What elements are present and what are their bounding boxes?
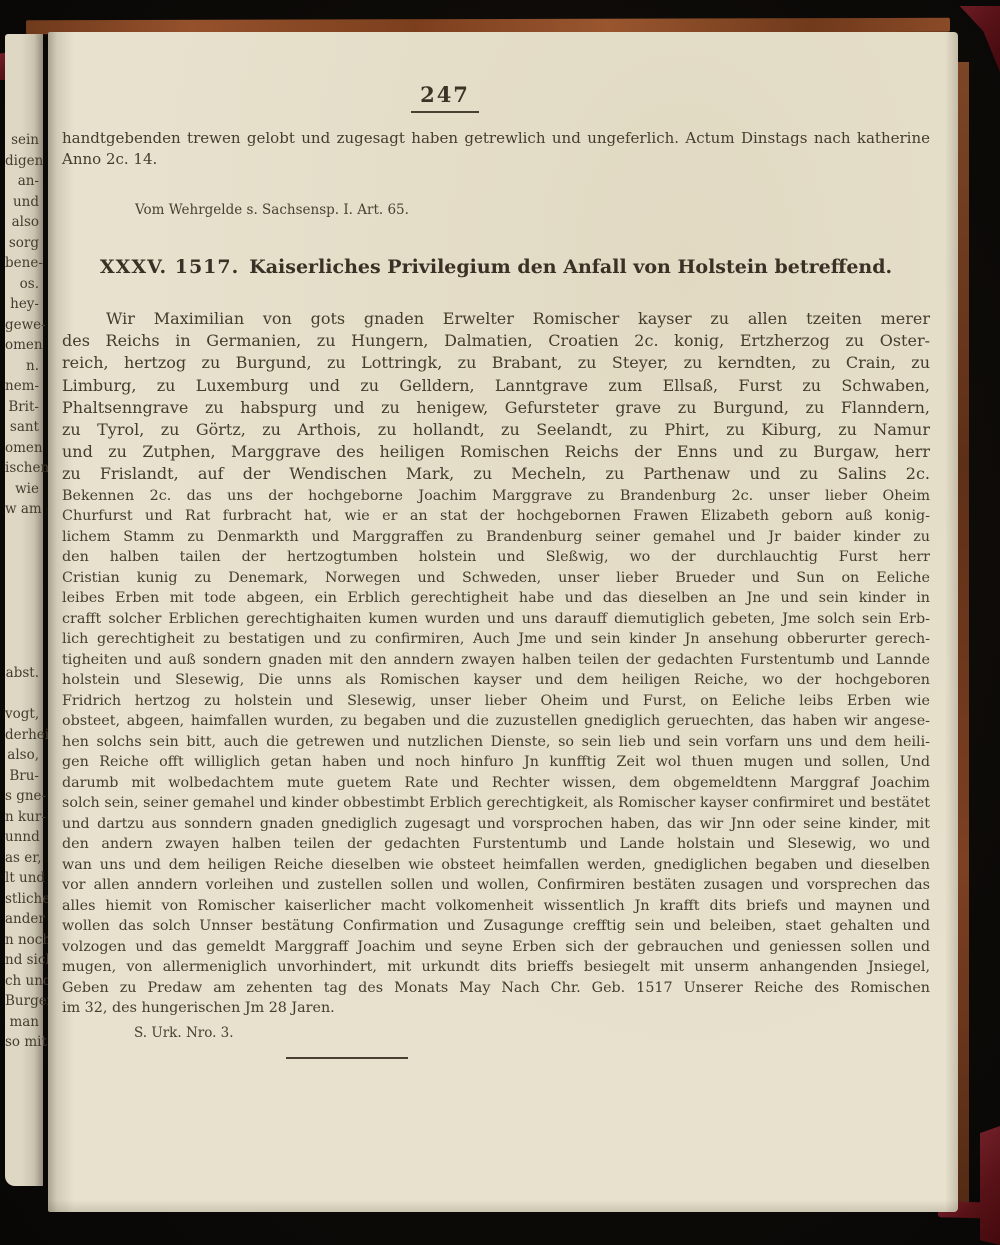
body-line: den andern zwayen halben teilen der geda… (62, 834, 930, 855)
left-page-fragment (5, 581, 43, 602)
continuation-line: handtgebenden trewen gelobt und zugesagt… (62, 128, 930, 149)
body-line: vor allen anndern vorleihen und zustelle… (62, 875, 930, 896)
scanned-page: 247 handtgebenden trewen gelobt und zuge… (48, 32, 958, 1212)
body-line: zu Tyrol, zu Görtz, zu Arthois, zu holla… (62, 419, 930, 441)
left-page-fragment (5, 561, 43, 582)
left-page-fragment: omen (5, 438, 43, 459)
left-page-fragment: hey- (5, 294, 43, 315)
body-line: Limburg, zu Luxemburg und zu Gelldern, L… (62, 375, 930, 397)
body-line: alles hiemit von Romischer kaiserlicher … (62, 896, 930, 917)
left-page-fragment: bene- (5, 253, 43, 274)
body-line: Phaltsenngrave zu habspurg und zu henige… (62, 397, 930, 419)
continuation-line: Anno 2c. 14. (62, 149, 930, 170)
body-line: Wir Maximilian von gots gnaden Erwelter … (62, 308, 930, 330)
left-page-fragment: w am (5, 499, 43, 520)
body-line: holstein und Slesewig, Die unns als Romi… (62, 670, 930, 691)
left-page-fragment: stlichen (5, 889, 43, 910)
body-intro-lines: Wir Maximilian von gots gnaden Erwelter … (62, 308, 930, 486)
body-line: im 32, des hungerischen Jm 28 Jaren. (62, 998, 930, 1019)
left-page-fragment: derheit (5, 725, 43, 746)
left-page-fragment: sorg (5, 233, 43, 254)
facing-page-fragments: seindigenan-undalsosorgbene-os.hey-gewe-… (5, 34, 43, 1053)
reference-note: Vom Wehrgelde s. Sachsensp. I. Art. 65. (135, 202, 409, 218)
left-page-fragment: sein (5, 130, 43, 151)
left-page-fragment: nem- (5, 376, 43, 397)
end-separator-rule (286, 1057, 408, 1059)
left-page-fragment: gewe- (5, 315, 43, 336)
left-page-fragment (5, 622, 43, 643)
body-line: Bekennen 2c. das uns der hochgeborne Joa… (62, 486, 930, 507)
body-line: volzogen und das gemeldt Marggraff Joach… (62, 937, 930, 958)
body-line: lich gerechtigheit zu bestatigen und zu … (62, 629, 930, 650)
photographed-book-scan: { "colors":{ "backdrop":"#0c0a07", "pape… (0, 0, 1000, 1245)
body-line: leibes Erben mit tode abgeen, ein Erblic… (62, 588, 930, 609)
section-heading: XXXV. 1517.Kaiserliches Privilegium den … (62, 256, 930, 278)
body-line: Geben zu Predaw am zehenten tag des Mona… (62, 978, 930, 999)
left-page-fragment: unnd (5, 827, 43, 848)
left-page-fragment: Brit- (5, 397, 43, 418)
page-number-block: 247 (400, 82, 490, 113)
body-line: wan uns und dem heiligen Reiche dieselbe… (62, 855, 930, 876)
left-page-fragment: os. (5, 274, 43, 295)
left-page-fragment: so mit (5, 1032, 43, 1053)
left-page-fragment: wie (5, 479, 43, 500)
left-page-fragment: also (5, 212, 43, 233)
heading-title: Kaiserliches Privilegium den Anfall von … (249, 256, 892, 278)
left-page-fragment: digen (5, 151, 43, 172)
body-line: obsteet, abgeen, haimfallen wurden, zu b… (62, 711, 930, 732)
left-page-fragment: n noch (5, 930, 43, 951)
source-note: S. Urk. Nro. 3. (134, 1025, 930, 1041)
left-page-fragment (5, 602, 43, 623)
body-line: crafft solcher Erblichen gerechtighaiten… (62, 609, 930, 630)
left-page-fragment: an- (5, 171, 43, 192)
left-page-fragment: ch und (5, 971, 43, 992)
page-number-underline (411, 111, 479, 113)
leather-corner-bottom-right (980, 1126, 1000, 1245)
continuation-paragraph: handtgebenden trewen gelobt und zugesagt… (62, 128, 930, 170)
body-line: zu Frislandt, auf der Wendischen Mark, z… (62, 463, 930, 485)
body-line: mugen, von allermeniglich unvorhindert, … (62, 957, 930, 978)
body-line: reich, hertzog zu Burgund, zu Lottringk,… (62, 352, 930, 374)
left-page-fragment: as er, (5, 848, 43, 869)
body-main-lines: Bekennen 2c. das uns der hochgeborne Joa… (62, 486, 930, 1019)
left-page-fragment: nd sich (5, 950, 43, 971)
left-page-fragment: s gne- (5, 786, 43, 807)
page-number: 247 (400, 82, 490, 107)
left-page-fragment: n kur- (5, 807, 43, 828)
left-page-fragment: lt und (5, 868, 43, 889)
left-page-fragment: und (5, 192, 43, 213)
left-page-fragment (5, 684, 43, 705)
body-line: wollen das solch Unnser bestätung Confir… (62, 916, 930, 937)
left-page-fragment: Bru- (5, 766, 43, 787)
left-page-fragment: Burgen (5, 991, 43, 1012)
left-page-fragment: n. (5, 356, 43, 377)
body-line: Churfurst und Rat furbracht hat, wie er … (62, 506, 930, 527)
heading-number: XXXV. 1517. (100, 256, 239, 278)
facing-page-edge: seindigenan-undalsosorgbene-os.hey-gewe-… (5, 34, 43, 1186)
body-line: Cristian kunig zu Denemark, Norwegen und… (62, 568, 930, 589)
body-line: des Reichs in Germanien, zu Hungern, Dal… (62, 330, 930, 352)
left-page-fragment: abst. (5, 663, 43, 684)
left-page-fragment: also, (5, 745, 43, 766)
left-page-fragment: man (5, 1012, 43, 1033)
body-line: Fridrich hertzog zu holstein und Slesewi… (62, 691, 930, 712)
body-line: den halben tailen der hertzogtumben hols… (62, 547, 930, 568)
left-page-fragment: sant (5, 417, 43, 438)
body-line: lichem Stamm zu Denmarkth und Marggraffe… (62, 527, 930, 548)
left-page-fragment (5, 540, 43, 561)
body-line: tigheiten und auß sondern gnaden mit den… (62, 650, 930, 671)
body-line: hen solchs sein bitt, auch die getrewen … (62, 732, 930, 753)
body-line: darumb mit wolbedachtem mute guetem Rate… (62, 773, 930, 794)
left-page-fragment: omen (5, 335, 43, 356)
document-body: Wir Maximilian von gots gnaden Erwelter … (62, 308, 930, 1059)
left-page-fragment: ander (5, 909, 43, 930)
body-line: und dartzu aus sonndern gnaden gnediglic… (62, 814, 930, 835)
body-line: solch sein, seiner gemahel und kinder ob… (62, 793, 930, 814)
left-page-fragment (5, 643, 43, 664)
left-page-fragment (5, 520, 43, 541)
body-line: gen Reiche offt williglich getan haben u… (62, 752, 930, 773)
body-line: und zu Zutphen, Marggrave des heiligen R… (62, 441, 930, 463)
left-page-fragment: vogt, (5, 704, 43, 725)
left-page-fragment: ischen (5, 458, 43, 479)
